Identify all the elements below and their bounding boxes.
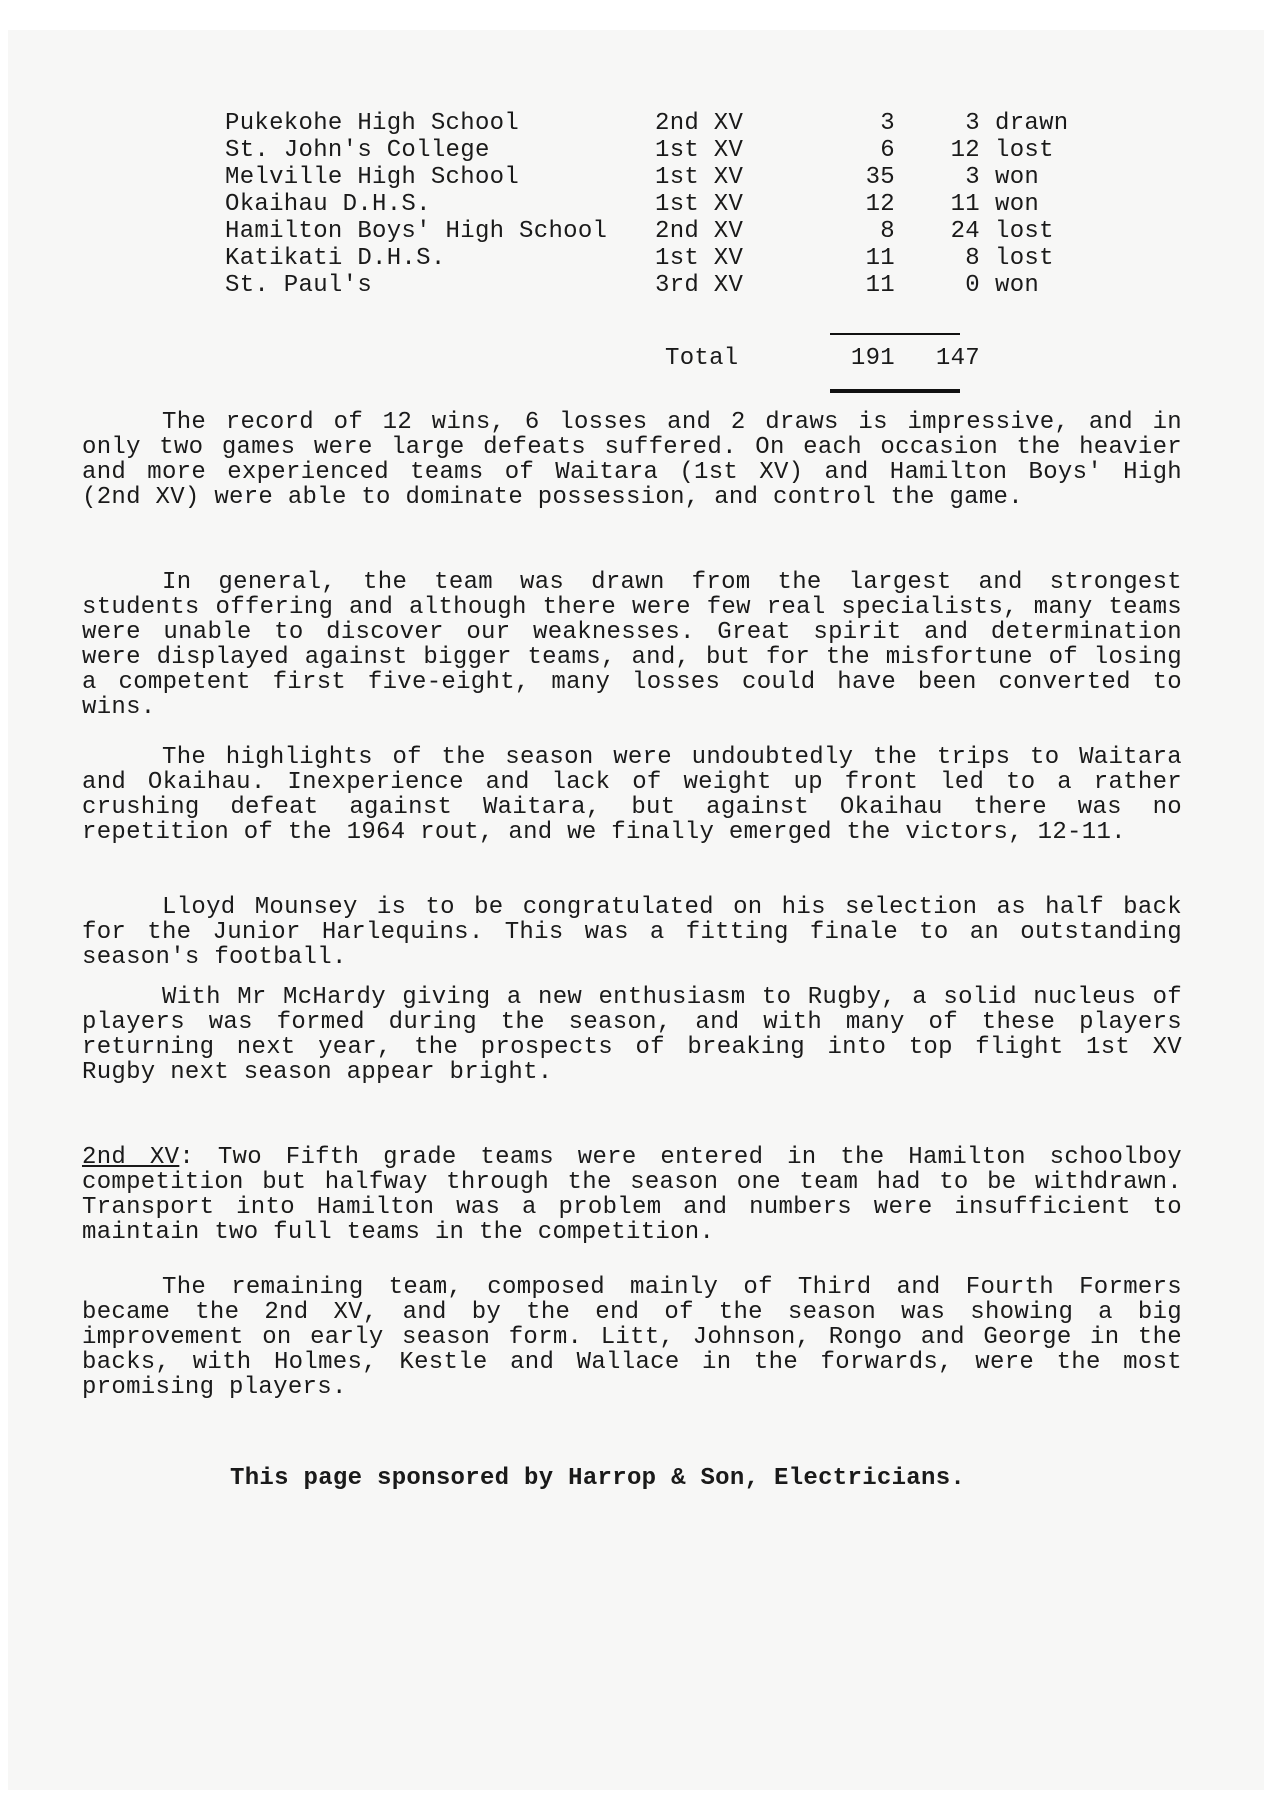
second-xv-section: 2nd XV: Two Fifth grade teams were enter… [82,1145,1182,1245]
paragraph-text: The remaining team, composed mainly of T… [82,1275,1182,1400]
match-result: won [995,191,1039,218]
school-name: St. Paul's [225,272,372,299]
points-against: 0 [905,272,980,299]
points-against: 8 [905,245,980,272]
total-rule-bottom [830,389,960,393]
points-for: 6 [825,137,895,164]
points-for: 12 [825,191,895,218]
total-label: Total [665,345,739,372]
points-for: 11 [825,245,895,272]
total-for: 191 [825,345,895,372]
paragraph-text: 2nd XV: Two Fifth grade teams were enter… [82,1145,1182,1245]
total-against: 147 [905,345,980,372]
points-against: 11 [905,191,980,218]
totals-row: Total 191 147 [225,345,1025,375]
points-for: 8 [825,218,895,245]
team-grade: 2nd XV [655,110,743,137]
team-grade: 1st XV [655,245,743,272]
points-against: 3 [905,164,980,191]
school-name: Hamilton Boys' High School [225,218,607,245]
section-heading: 2nd XV [82,1144,179,1171]
match-result: lost [995,218,1054,245]
match-result: drawn [995,110,1069,137]
paragraph-text: The highlights of the season were undoub… [82,745,1182,845]
paragraph-remaining-team: The remaining team, composed mainly of T… [82,1275,1182,1400]
points-against: 24 [905,218,980,245]
match-result: lost [995,245,1054,272]
team-grade: 1st XV [655,137,743,164]
match-result: lost [995,137,1054,164]
section-intro: : Two Fifth grade teams were entered in … [82,1144,1182,1246]
team-grade: 2nd XV [655,218,743,245]
school-name: St. John's College [225,137,490,164]
total-rule-top [830,333,960,335]
paragraph-record: The record of 12 wins, 6 losses and 2 dr… [82,410,1182,510]
points-for: 3 [825,110,895,137]
paragraph-mchardy: With Mr McHardy giving a new enthusiasm … [82,985,1182,1085]
match-result: won [995,164,1039,191]
paragraph-general: In general, the team was drawn from the … [82,570,1182,720]
school-name: Melville High School [225,164,519,191]
paragraph-mounsey: Lloyd Mounsey is to be congratulated on … [82,895,1182,970]
team-grade: 1st XV [655,164,743,191]
paragraph-text: With Mr McHardy giving a new enthusiasm … [82,985,1182,1085]
paragraph-text: In general, the team was drawn from the … [82,570,1182,720]
paragraph-text: The record of 12 wins, 6 losses and 2 dr… [82,410,1182,510]
school-name: Pukekohe High School [225,110,519,137]
points-against: 3 [905,110,980,137]
points-for: 11 [825,272,895,299]
sponsor-note: This page sponsored by Harrop & Son, Ele… [230,1465,965,1492]
paragraph-highlights: The highlights of the season were undoub… [82,745,1182,845]
school-name: Okaihau D.H.S. [225,191,431,218]
paragraph-text: Lloyd Mounsey is to be congratulated on … [82,895,1182,970]
team-grade: 3rd XV [655,272,743,299]
team-grade: 1st XV [655,191,743,218]
school-name: Katikati D.H.S. [225,245,446,272]
points-against: 12 [905,137,980,164]
points-for: 35 [825,164,895,191]
match-result: won [995,272,1039,299]
